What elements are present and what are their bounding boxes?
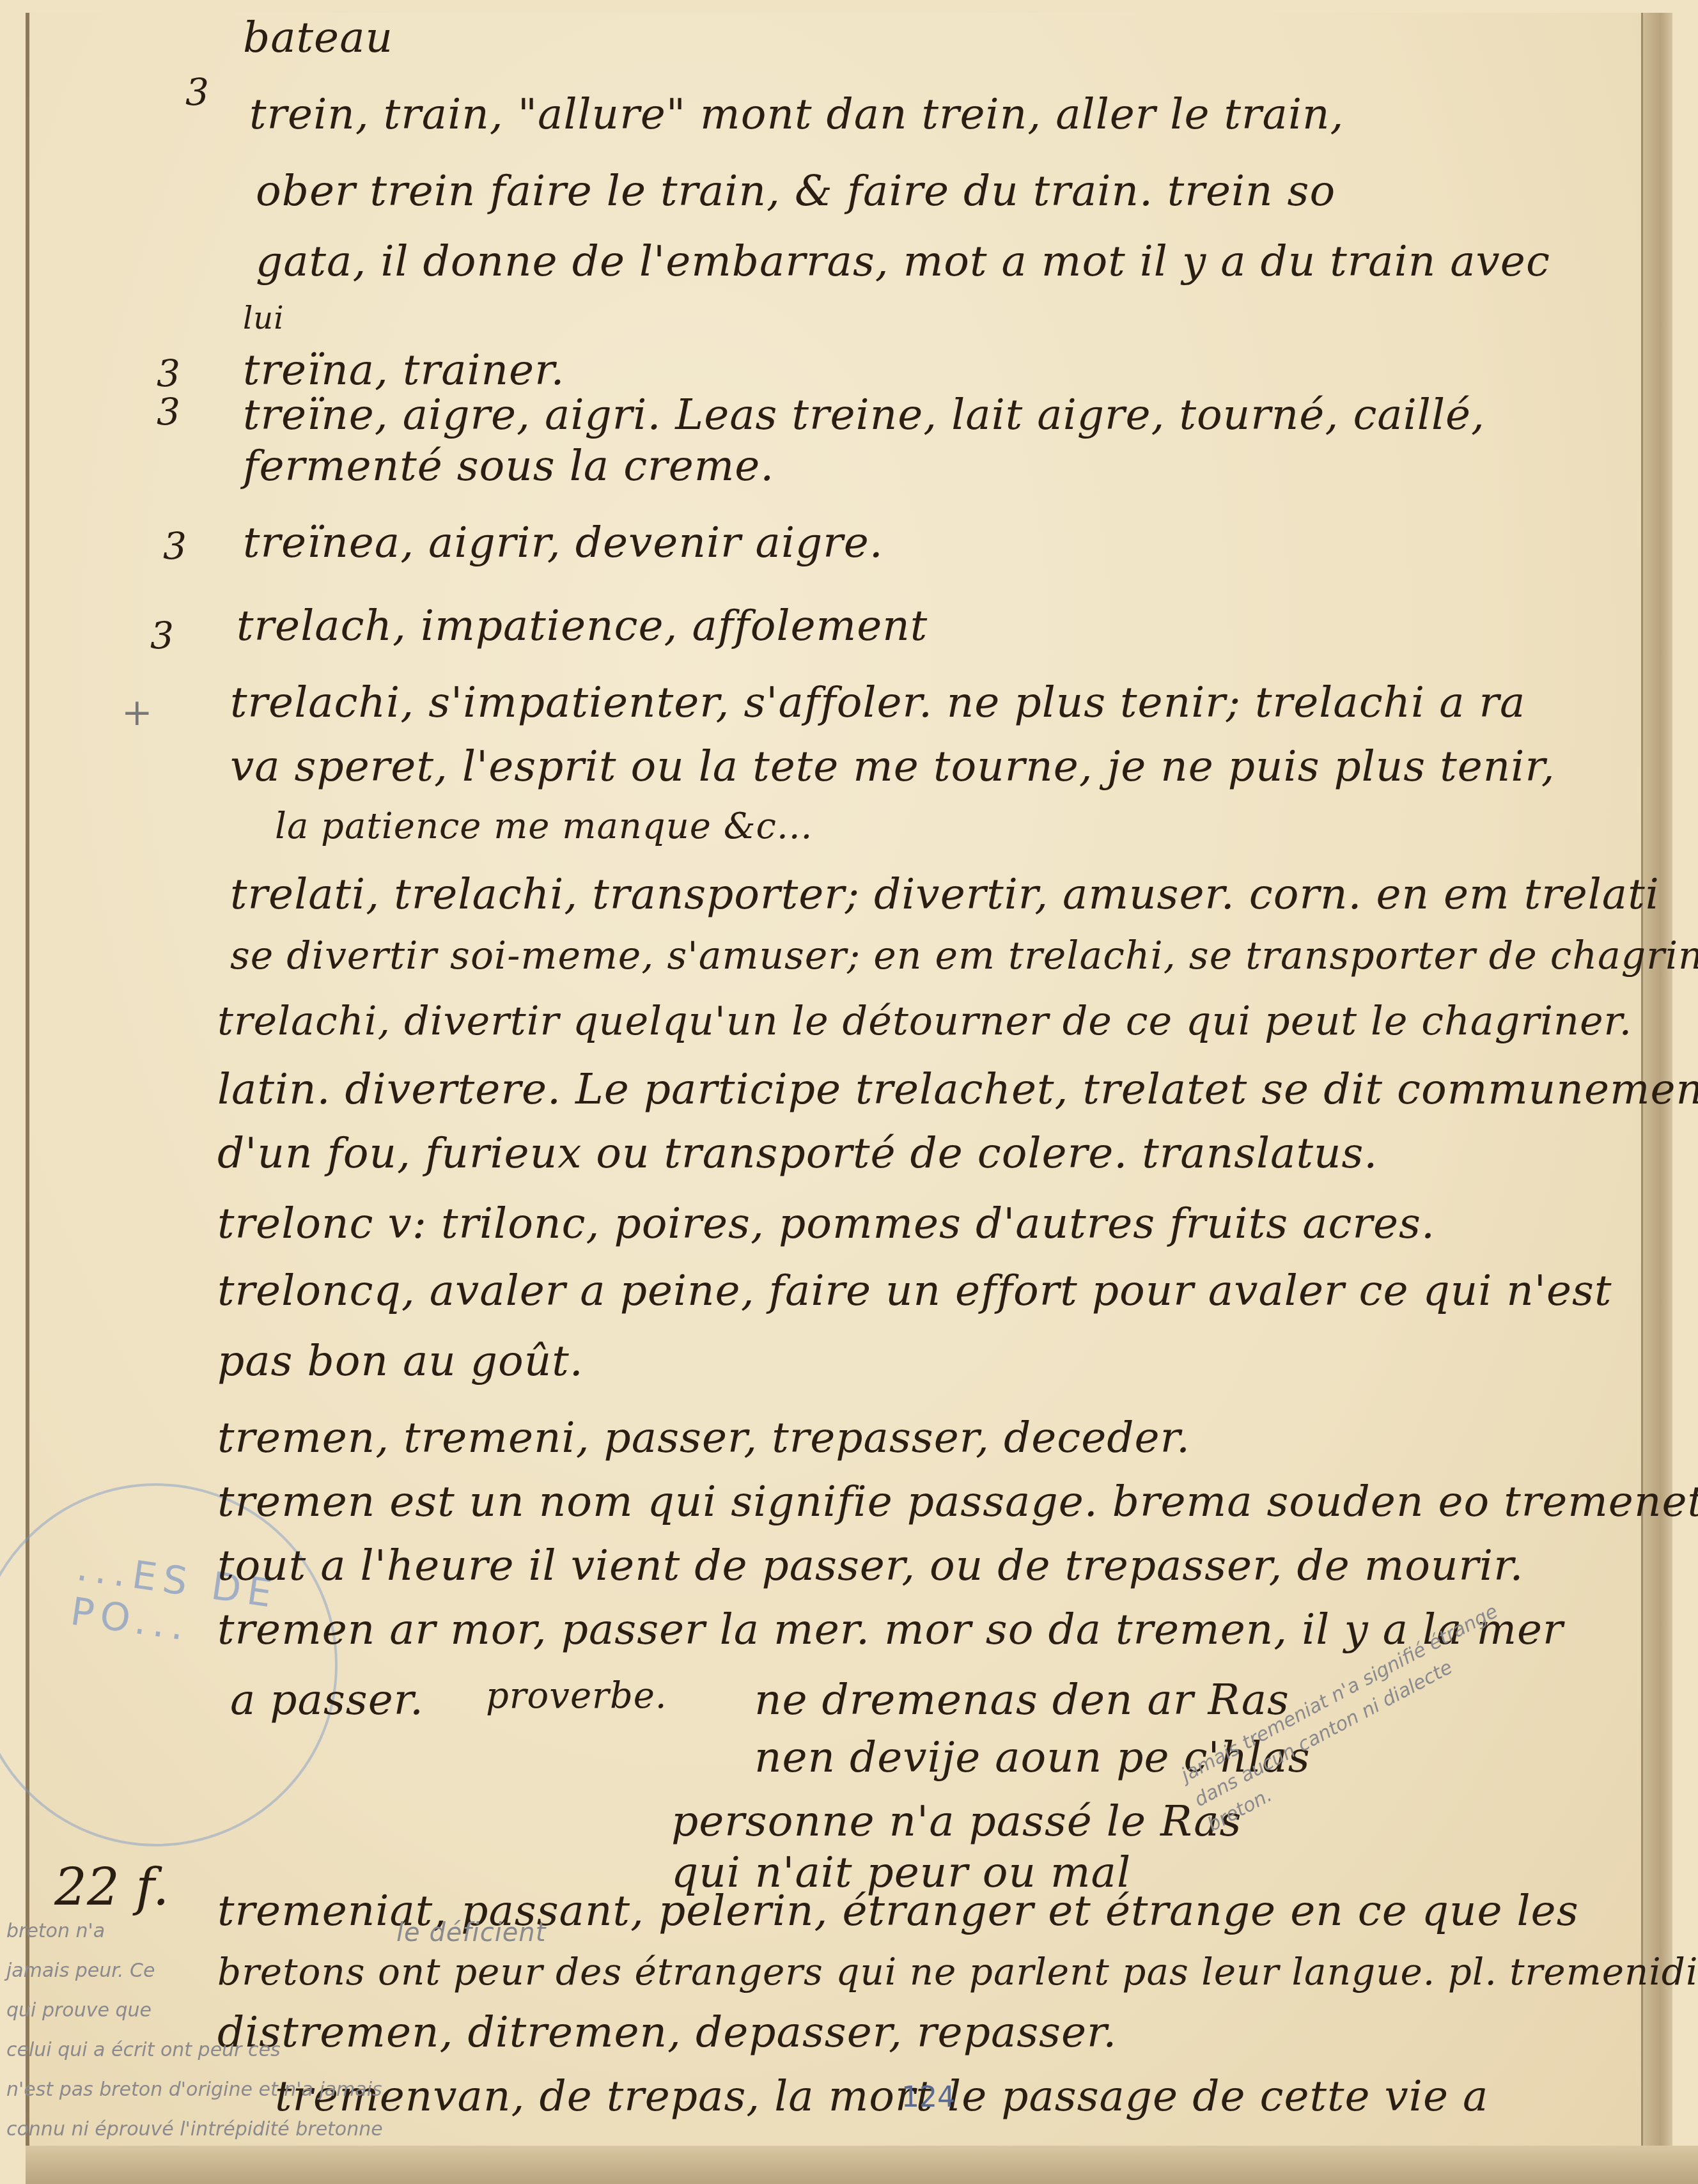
text-line: se divertir soi-meme, s'amuser; en em tr… — [230, 933, 1698, 978]
proverb-line: ne dremenas den ar Ras — [754, 1675, 1289, 1724]
text-line: trelach, impatience, affolement — [237, 601, 928, 650]
margin-mark: 3 — [185, 70, 209, 114]
text-line: gata, il donne de l'embarras, mot a mot … — [256, 237, 1550, 286]
proverb-line: personne n'a passé le Ras — [671, 1797, 1242, 1846]
text-line: trein, train, "allure" mont dan trein, a… — [249, 90, 1344, 139]
text-line: tremen, tremeni, passer, trepasser, dece… — [217, 1413, 1190, 1462]
text-line: treïnea, aigrir, devenir aigre. — [243, 518, 884, 567]
margin-mark: 3 — [150, 614, 174, 657]
header-word: bateau — [243, 13, 393, 62]
text-line: trelati, trelachi, transporter; divertir… — [230, 870, 1660, 919]
text-line: pas bon au goût. — [217, 1336, 584, 1385]
text-line: va speret, l'esprit ou la tete me tourne… — [230, 742, 1555, 791]
pencil-line: connu ni éprouvé l'intrépidité bretonne — [6, 2110, 224, 2149]
pencil-annotation-left: breton n'a jamais peur. Ce qui prouve qu… — [6, 1912, 224, 2149]
page-edge-bottom — [26, 2146, 1698, 2184]
text-line: tremen ar mor, passer la mer. mor so da … — [217, 1605, 1564, 1654]
interlinear-pencil-note: le déficient — [396, 1918, 546, 1947]
text-line: lui — [243, 300, 284, 336]
pencil-line: qui prouve que — [6, 1991, 224, 2031]
pencil-line: breton n'a — [6, 1912, 224, 1951]
text-line: latin. divertere. Le participe trelachet… — [217, 1065, 1698, 1114]
margin-mark: 3 — [157, 352, 180, 395]
text-line: bretons ont peur des étrangers qui ne pa… — [217, 1950, 1698, 1993]
page-number: 124 — [901, 2081, 955, 2114]
text-line: tremen est un nom qui signifie passage. … — [217, 1477, 1698, 1526]
text-line: distremen, ditremen, depasser, repasser. — [217, 2008, 1117, 2057]
pencil-line: celui qui a écrit ont peur ces — [6, 2031, 224, 2070]
text-line: la patience me manque &c... — [275, 806, 813, 847]
pencil-cross-mark: + — [121, 690, 153, 734]
text-line: a passer. — [230, 1675, 424, 1724]
pencil-line: jamais peur. Ce — [6, 1951, 224, 1991]
text-line: fermenté sous la creme. — [243, 441, 774, 490]
text-line: treloncq, avaler a peine, faire un effor… — [217, 1266, 1612, 1315]
text-line: trelachi, s'impatienter, s'affoler. ne p… — [230, 678, 1525, 727]
text-line: trelachi, divertir quelqu'un le détourne… — [217, 997, 1632, 1044]
text-line: d'un fou, furieux ou transporté de coler… — [217, 1128, 1378, 1178]
folio-label: 22 f. — [54, 1857, 169, 1917]
text-line: treïna, trainer. — [243, 345, 565, 394]
text-line: tout a l'heure il vient de passer, ou de… — [217, 1541, 1523, 1590]
text-line: treïne, aigre, aigri. Leas treine, lait … — [243, 390, 1485, 439]
proverb-label: proverbe. — [486, 1675, 667, 1717]
text-line: tremenvan, de trepas, la mort le passage… — [275, 2071, 1488, 2121]
margin-mark: 3 — [163, 524, 187, 568]
pencil-line: n'est pas breton d'origine et n'a jamais — [6, 2070, 224, 2110]
text-line: trelonc v: trilonc, poires, pommes d'aut… — [217, 1199, 1435, 1248]
text-line: ober trein faire le train, & faire du tr… — [256, 166, 1336, 215]
margin-mark: 3 — [157, 390, 180, 433]
